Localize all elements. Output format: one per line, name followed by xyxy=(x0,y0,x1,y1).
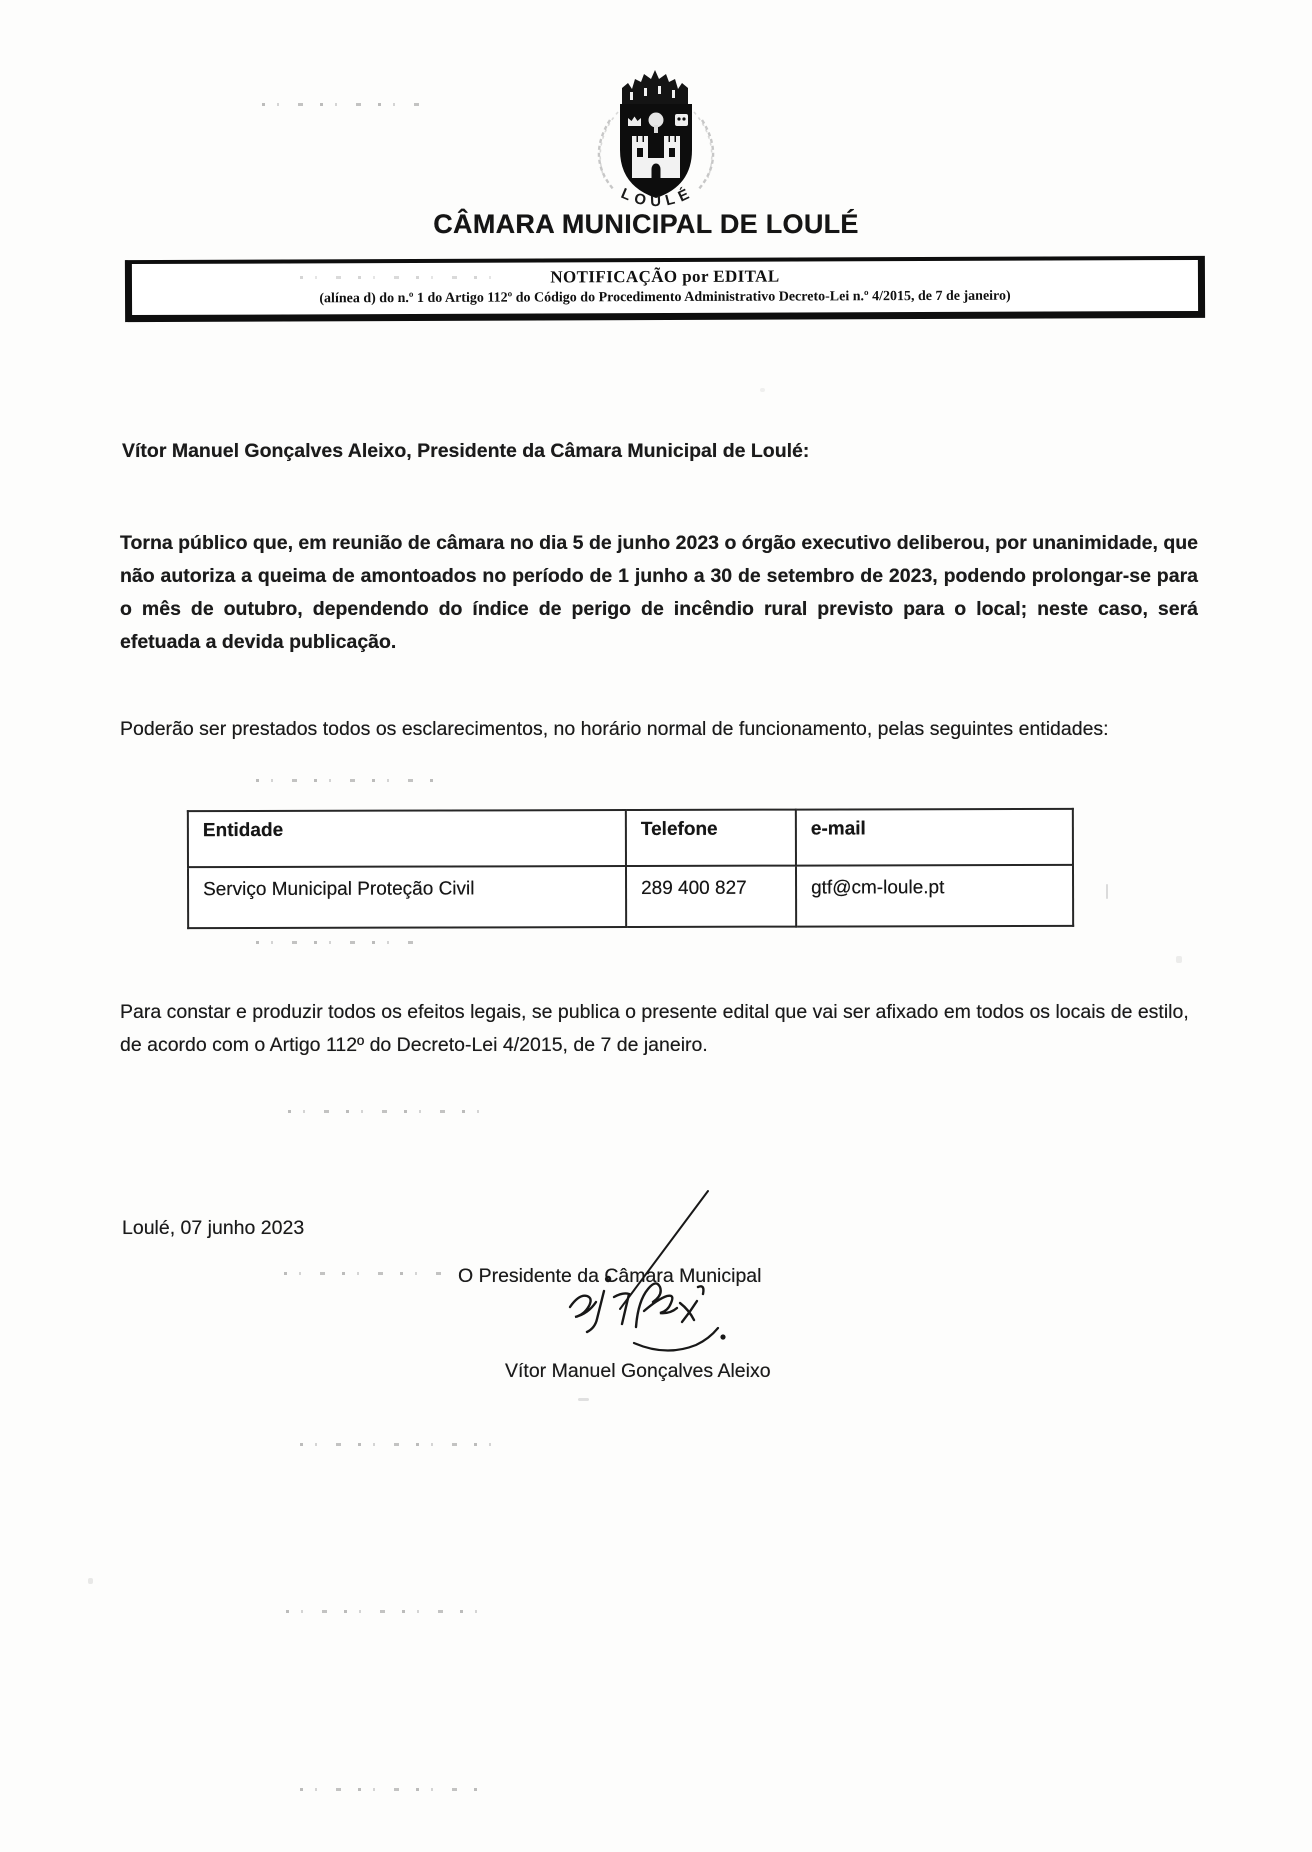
scan-noise xyxy=(284,1272,449,1275)
scanned-edital-page: LOULÉ CÂMARA MUNICIPAL DE LOULÉ NOTIFICA… xyxy=(0,0,1312,1852)
notice-subtitle: (alínea d) do n.º 1 do Artigo 112º do Có… xyxy=(140,288,1190,308)
scan-speck xyxy=(88,1578,93,1584)
cell-entity: Serviço Municipal Proteção Civil xyxy=(188,866,626,928)
contacts-table: Entidade Telefone e-mail Serviço Municip… xyxy=(187,808,1074,929)
scan-noise xyxy=(286,1610,486,1613)
body-paragraph-2: Poderão ser prestados todos os esclareci… xyxy=(120,713,1210,746)
closing-paragraph: Para constar e produzir todos os efeitos… xyxy=(120,996,1205,1062)
cell-email: gtf@cm-loule.pt xyxy=(796,865,1073,927)
col-header-email: e-mail xyxy=(796,809,1073,866)
notice-box: NOTIFICAÇÃO por EDITAL (alínea d) do n.º… xyxy=(125,256,1205,322)
scan-noise xyxy=(300,276,500,279)
cell-phone: 289 400 827 xyxy=(626,866,796,927)
body-paragraph-1: Torna público que, em reunião de câmara … xyxy=(120,527,1198,659)
scan-noise xyxy=(256,779,436,782)
col-header-phone: Telefone xyxy=(626,810,796,866)
scan-speck xyxy=(1176,956,1182,963)
col-header-entity: Entidade xyxy=(188,810,626,867)
scan-noise xyxy=(256,941,426,944)
table-header-row: Entidade Telefone e-mail xyxy=(188,809,1073,867)
scan-speck xyxy=(578,1398,589,1401)
salutation-line: Vítor Manuel Gonçalves Aleixo, President… xyxy=(122,435,1202,468)
page-title: CÂMARA MUNICIPAL DE LOULÉ xyxy=(0,209,1302,240)
scan-noise xyxy=(288,1110,498,1113)
scan-speck xyxy=(1106,884,1108,899)
scan-noise xyxy=(300,1788,485,1791)
coat-of-arms-icon: LOULÉ xyxy=(568,68,744,218)
scan-noise xyxy=(262,103,432,106)
handwritten-signature xyxy=(540,1185,770,1375)
scan-speck xyxy=(760,388,765,392)
dateline: Loulé, 07 junho 2023 xyxy=(122,1212,304,1245)
notice-title: NOTIFICAÇÃO por EDITAL xyxy=(140,265,1190,289)
scan-noise xyxy=(300,1443,500,1446)
table-row: Serviço Municipal Proteção Civil 289 400… xyxy=(188,865,1073,928)
